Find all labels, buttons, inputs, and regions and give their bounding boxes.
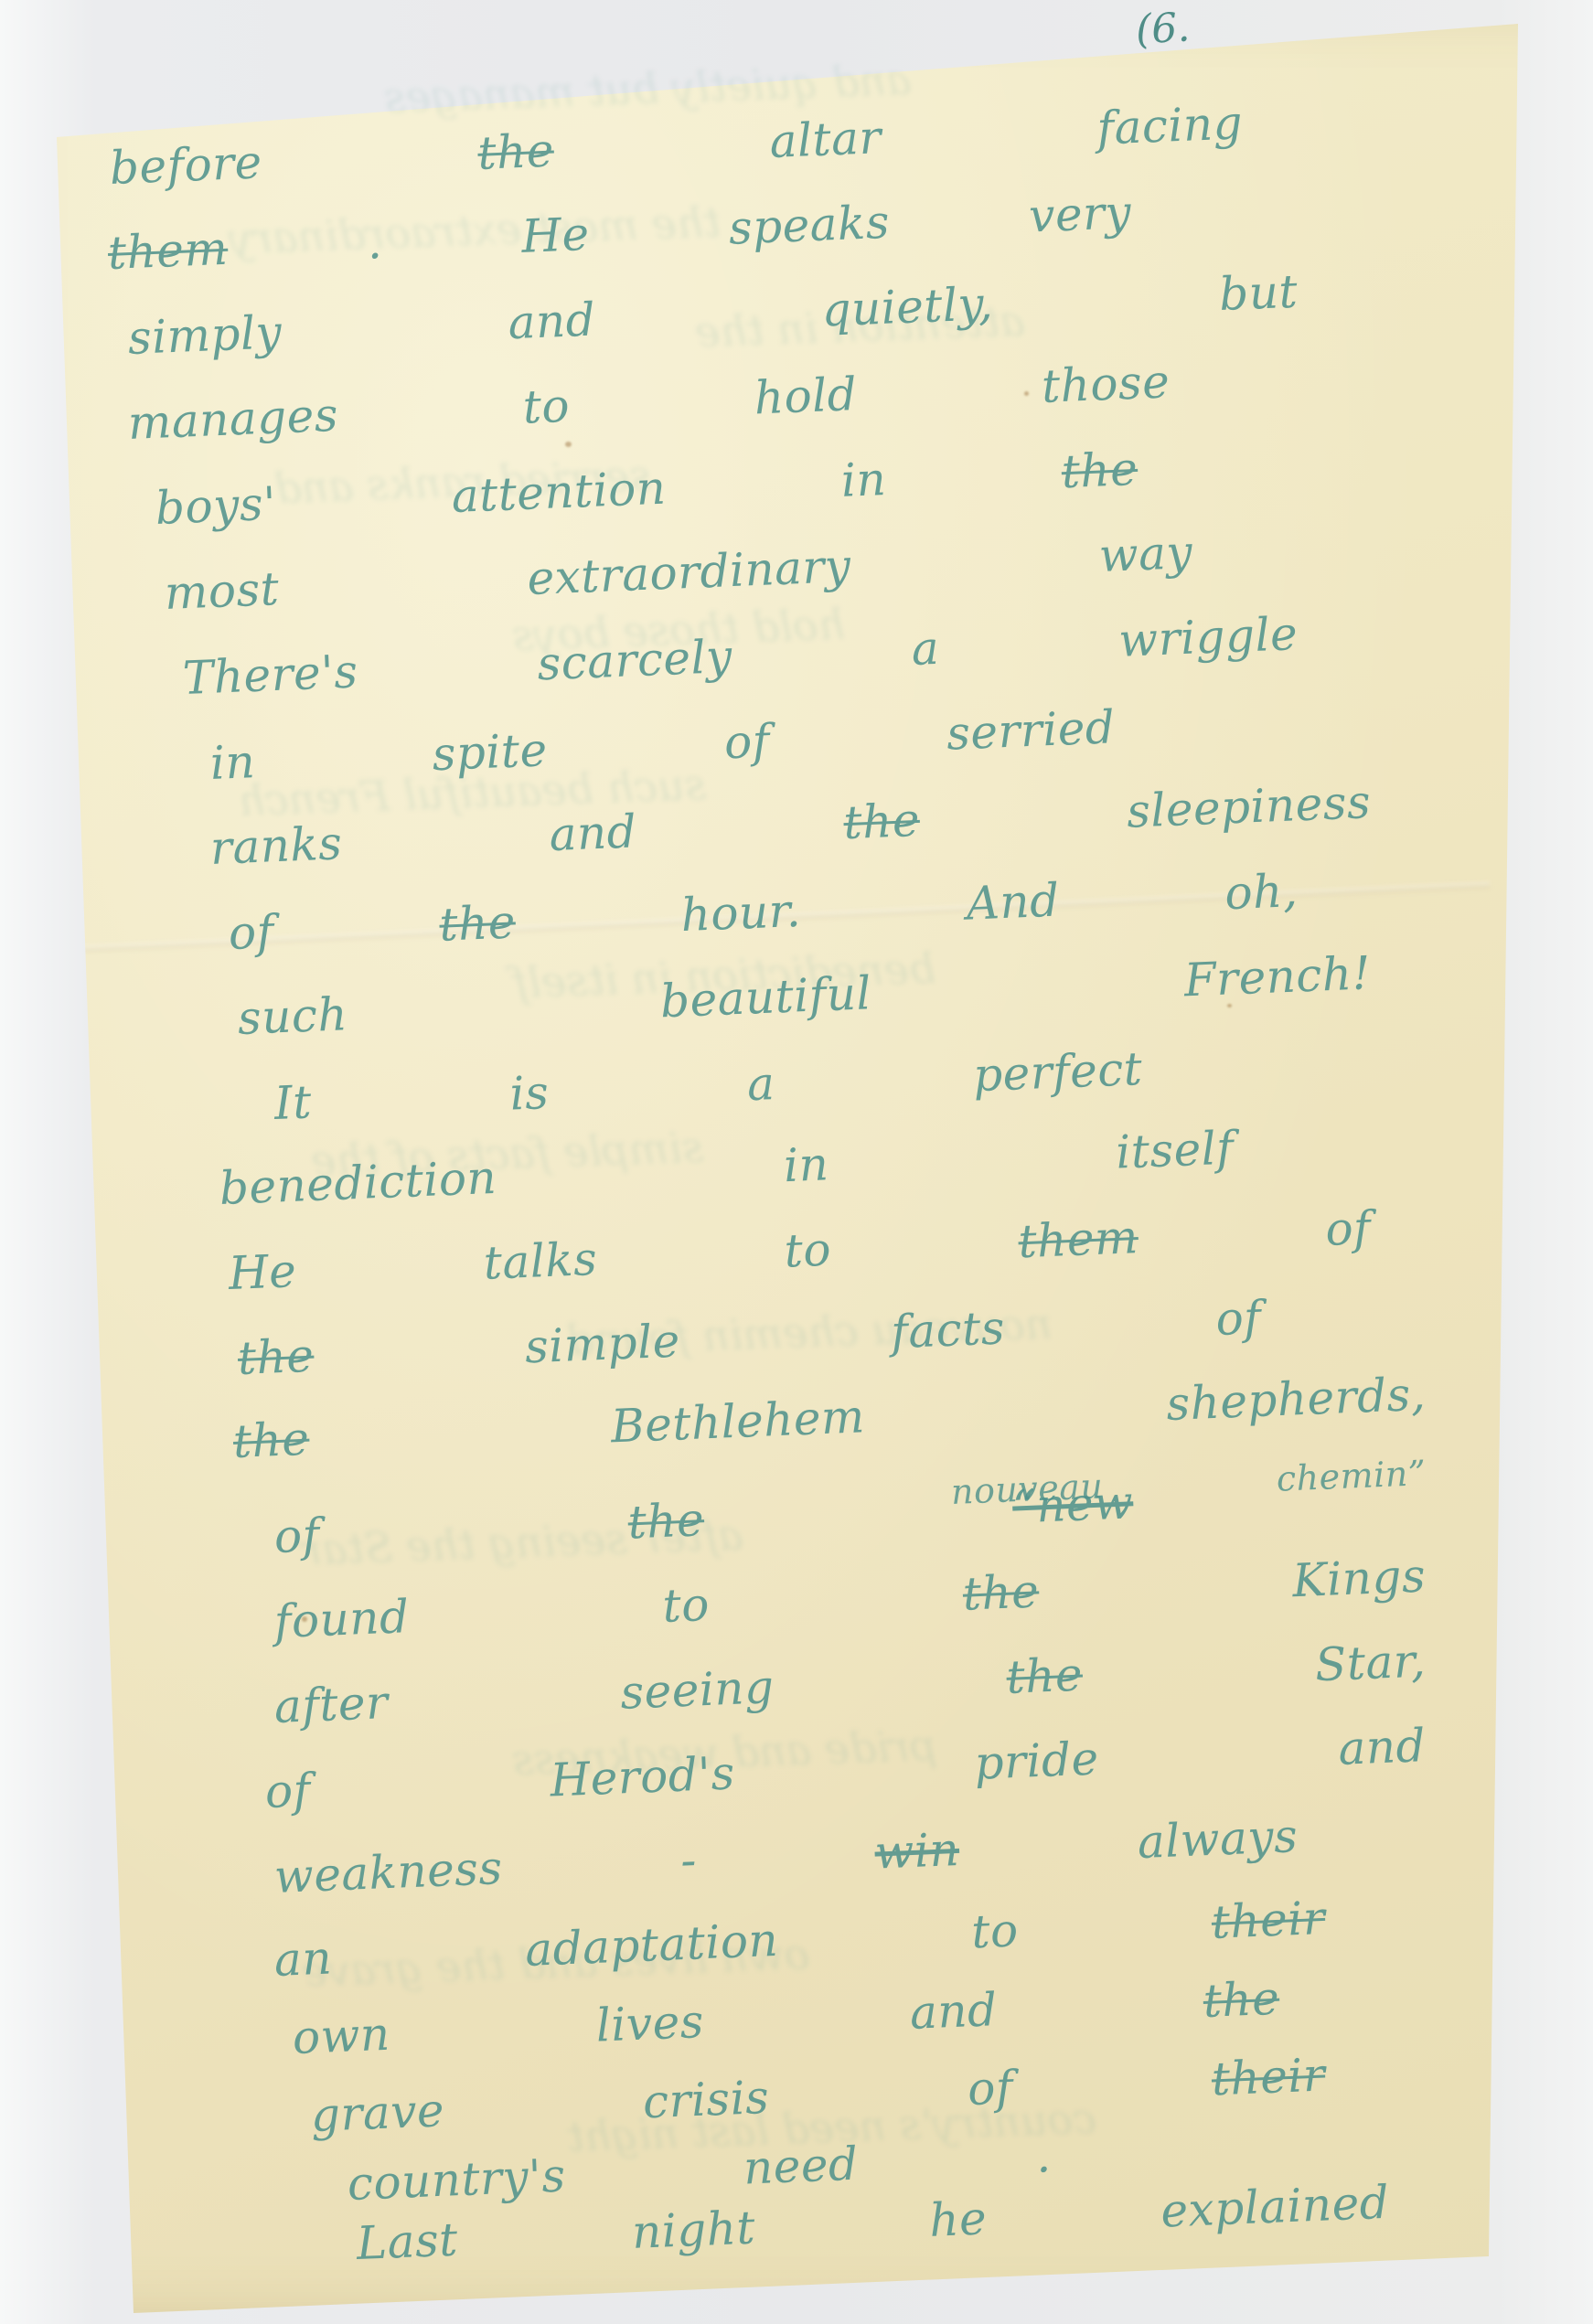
handwritten-word: Star, [1314,1634,1427,1691]
handwritten-word: in [783,1137,829,1192]
handwritten-word: extraordinary [526,539,851,605]
handwritten-line: ofthe“new [273,1476,1135,1563]
handwritten-word: spite [432,723,549,781]
handwritten-word: simple [524,1315,681,1374]
handwritten-word: an [273,1931,333,1986]
handwritten-word: hour. [679,884,802,942]
handwritten-word: night [631,2201,756,2259]
handwritten-word: the [1061,442,1139,498]
handwritten-word: benediction [219,1151,497,1215]
handwritten-line: ofHerod'sprideand [264,1719,1427,1818]
handwritten-word: of [1324,1201,1372,1256]
handwritten-word-crossed-out: “new [1011,1476,1134,1533]
handwritten-word: and [507,293,596,349]
handwritten-word: country's [347,2148,567,2211]
handwritten-line: managestoholdthose [127,355,1171,450]
handwritten-word: perfect [972,1042,1143,1102]
handwritten-line: inspiteofserried [209,700,1117,790]
handwritten-word: facing [1096,96,1244,155]
handwritten-word: seeing [619,1660,775,1720]
handwritten-word: of [723,714,771,769]
handwritten-word: but [1218,265,1299,321]
handwritten-word: itself [1115,1121,1235,1178]
handwritten-word: Kings [1291,1549,1427,1607]
handwritten-word: explained [1160,2176,1390,2238]
handwritten-line: Hetalkstothemof [228,1201,1372,1300]
handwritten-line: ownlivesandthe [292,1972,1280,2064]
handwritten-line: ranksandthesleepiness [209,775,1372,875]
handwritten-line: benedictioninitself [219,1121,1235,1214]
handwritten-word: French! [1183,946,1372,1007]
handwritten-word: to [522,379,571,434]
handwritten-word: weakness [273,1841,504,1903]
handwritten-word: to [970,1903,1019,1958]
handwritten-word: the [842,794,921,849]
handwritten-word: the [1005,1648,1084,1704]
handwritten-word: them [1017,1210,1139,1268]
handwritten-word: - [679,1833,698,1887]
handwritten-word: scarcely [536,630,732,691]
handwritten-word: altar [769,111,882,168]
handwritten-word: Herod's [549,1746,735,1807]
handwritten-word: them [107,222,230,280]
handwritten-line: thesimplefactsof [237,1291,1262,1385]
handwritten-word: always [1137,1809,1299,1869]
handwritten-word: of [967,2061,1014,2116]
handwritten-word: oh, [1224,864,1299,920]
handwritten-word: their [1211,2048,1327,2105]
handwritten-word: quietly, [820,277,994,336]
handwritten-word: He [520,208,590,263]
handwritten-word: such [237,987,348,1045]
handwritten-word: the [627,1493,706,1549]
handwritten-word: talks [483,1232,599,1290]
handwritten-word: way [1098,526,1194,582]
handwritten-word: and [548,805,637,861]
handwritten-line: them.Hespeaksvery [107,186,1132,280]
handwritten-word: the [476,124,555,180]
handwritten-word: the [237,1329,315,1385]
handwritten-word: a [746,1057,776,1111]
handwritten-word: beautiful [659,966,872,1028]
handwritten-word: It [273,1075,313,1130]
handwritten-line: beforethealtarfacing [109,96,1244,195]
handwritten-word: . [366,216,383,270]
handwritten-word: in [840,453,887,507]
handwritten-word: to [784,1223,832,1278]
handwritten-word: of [228,905,275,960]
handwritten-word: pride [973,1732,1099,1789]
handwritten-line: There'sscarcelyawriggle [182,607,1299,705]
handwritten-word: is [508,1066,550,1121]
handwritten-word: and [909,1983,999,2040]
handwritten-word: Bethlehem [610,1390,866,1453]
handwritten-line: suchbeautifulFrench! [237,946,1372,1045]
handwritten-word: and [1337,1719,1427,1775]
handwritten-word: crisis [642,2071,770,2129]
handwritten-word: most [164,562,281,620]
handwritten-line: boys'attentioninthe [155,442,1139,535]
handwritten-line: afterseeingtheStar, [273,1634,1427,1733]
handwritten-word: shepherds, [1165,1368,1427,1431]
handwritten-line: foundtotheKings [273,1549,1427,1648]
handwritten-word: sleepiness [1126,775,1372,838]
page-number: (6. [1135,4,1192,53]
handwritten-word: hold [754,368,859,424]
handwritten-word: need [743,2137,860,2195]
handwritten-line: anadaptationtotheir [273,1892,1326,1987]
handwritten-word: a [911,622,941,676]
handwritten-word: of [264,1764,312,1818]
handwritten-word: There's [182,645,359,705]
handwritten-word: Last [356,2213,459,2270]
handwritten-word: attention [451,462,668,523]
handwritten-word: boys' [155,477,277,535]
handwritten-word: to [661,1578,710,1633]
handwritten-word: . [1035,2129,1053,2183]
handwritten-word: And [966,874,1061,931]
handwritten-word: in [209,735,256,790]
handwritten-word: wriggle [1117,607,1299,667]
handwritten-word: serried [946,700,1116,760]
handwritten-line: simplyandquietly,but [127,265,1299,365]
handwritten-line: gravecrisisoftheir [310,2048,1326,2141]
handwritten-word: very [1028,186,1132,242]
handwritten-word: he [928,2191,988,2246]
handwritten-line: theBethlehemshepherds, [232,1368,1427,1468]
handwritten-word-crossed-out: win [873,1823,960,1880]
handwriting-layer: beforethealtarfacingthem.Hespeaksverysim… [0,0,1593,2324]
handwritten-word: the [232,1413,311,1468]
handwritten-word: facts [890,1301,1006,1359]
handwritten-word: their [1211,1892,1327,1949]
handwritten-word: after [273,1676,390,1733]
handwritten-word: grave [310,2084,445,2142]
handwritten-word: the [438,895,517,951]
handwritten-line: mostextraordinaryway [164,526,1193,620]
handwritten-word: He [228,1244,297,1300]
handwritten-word: lives [595,1995,705,2052]
handwritten-word: before [109,135,263,195]
handwritten-line: Itisaperfect [273,1042,1144,1130]
handwritten-line: ofthehour.Andoh, [228,864,1299,960]
handwritten-line: weakness-winalways [273,1809,1299,1903]
handwritten-word: those [1041,355,1171,413]
handwritten-word: chemin” [1276,1453,1427,1499]
handwritten-word: adaptation [524,1914,779,1977]
handwritten-word: speaks [728,196,891,255]
handwritten-word: own [292,2008,391,2064]
handwritten-word: the [962,1564,1041,1620]
handwritten-word: ranks [209,816,344,875]
handwritten-word: manages [127,389,339,450]
handwritten-word: the [1203,1972,1281,2028]
handwritten-word: simply [127,305,283,365]
handwritten-word: of [273,1508,321,1563]
handwritten-word: of [1214,1291,1262,1346]
handwritten-word: found [273,1590,411,1648]
